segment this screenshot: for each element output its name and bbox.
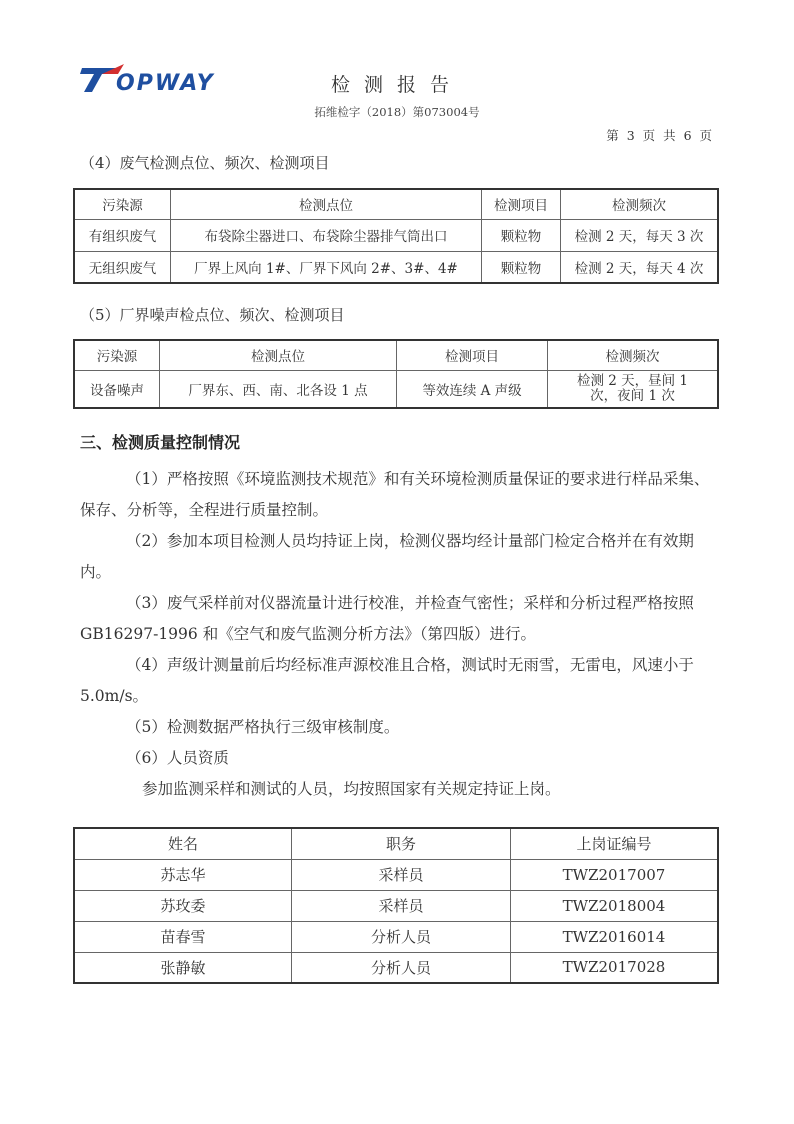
noise-table: 污染源 检测点位 检测项目 检测频次 设备噪声 厂界东、西、南、北各设 1 点 … (73, 339, 719, 409)
quality-item: （4）声级计测量前后均经标准声源校准且合格，测试时无雨雪，无雷电，风速小于 5.… (80, 650, 720, 712)
table-header-row: 污染源 检测点位 检测项目 检测频次 (74, 189, 718, 219)
quality-heading: 三、检测质量控制情况 (80, 430, 240, 453)
personnel-note: 参加监测采样和测试的人员，均按照国家有关规定持证上岗。 (80, 774, 720, 805)
quality-item: （3）废气采样前对仪器流量计进行校准，并检查气密性；采样和分析过程严格按照 GB… (80, 588, 720, 650)
table-row: 设备噪声 厂界东、西、南、北各设 1 点 等效连续 A 声级 检测 2 天，昼间… (74, 370, 718, 408)
report-title: 检测报告 (0, 70, 794, 97)
page-indicator: 第 3 页 共 6 页 (606, 126, 714, 144)
table-row: 苏玫委 采样员 TWZ2018004 (74, 890, 718, 921)
quality-items: （1）严格按照《环境监测技术规范》和有关环境检测质量保证的要求进行样品采集、保存… (80, 464, 720, 805)
document-number: 拓维检字（2018）第073004号 (0, 104, 794, 120)
quality-item: （2）参加本项目检测人员均持证上岗，检测仪器均经计量部门检定合格并在有效期内。 (80, 526, 720, 588)
exhaust-gas-table: 污染源 检测点位 检测项目 检测频次 有组织废气 布袋除尘器进口、布袋除尘器排气… (73, 188, 719, 284)
table-row: 张静敏 分析人员 TWZ2017028 (74, 952, 718, 983)
table-header-row: 污染源 检测点位 检测项目 检测频次 (74, 340, 718, 370)
personnel-table: 姓名 职务 上岗证编号 苏志华 采样员 TWZ2017007 苏玫委 采样员 T… (73, 827, 719, 984)
section5-heading: （5）厂界噪声检点位、频次、检测项目 (80, 304, 345, 325)
table-row: 无组织废气 厂界上风向 1#、厂界下风向 2#、3#、4# 颗粒物 检测 2 天… (74, 251, 718, 283)
quality-item: （6）人员资质 (80, 743, 720, 774)
table-row: 有组织废气 布袋除尘器进口、布袋除尘器排气筒出口 颗粒物 检测 2 天，每天 3… (74, 219, 718, 251)
table-header-row: 姓名 职务 上岗证编号 (74, 828, 718, 859)
table-row: 苗春雪 分析人员 TWZ2016014 (74, 921, 718, 952)
quality-item: （5）检测数据严格执行三级审核制度。 (80, 712, 720, 743)
quality-item: （1）严格按照《环境监测技术规范》和有关环境检测质量保证的要求进行样品采集、保存… (80, 464, 720, 526)
section4-heading: （4）废气检测点位、频次、检测项目 (80, 152, 330, 173)
table-row: 苏志华 采样员 TWZ2017007 (74, 859, 718, 890)
